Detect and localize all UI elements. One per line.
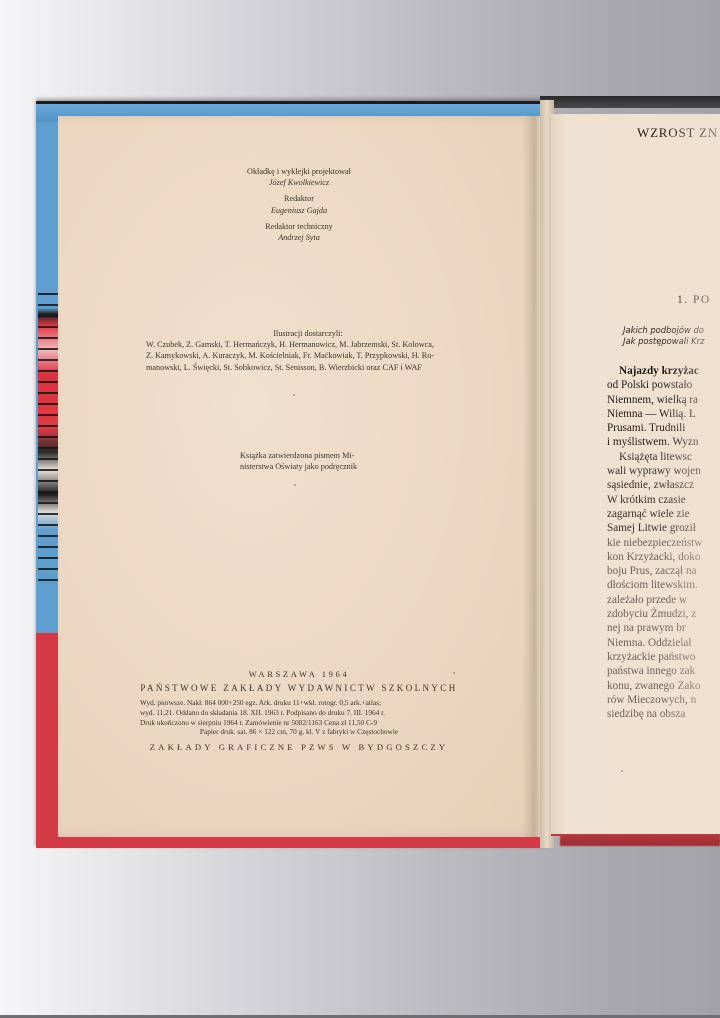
publisher-name: PAŃSTWOWE ZAKŁADY WYDAWNICTW SZKOLNYCH [58, 683, 540, 694]
paper-speck [621, 770, 623, 772]
print-detail-line: Wyd. pierwsze. Nakł. 864 000+250 egz. Ar… [140, 698, 458, 708]
text-line: zdobyciu Żmudzi, z [607, 607, 720, 621]
section-questions: Jakich podbojów do Jak postępowali Krz [623, 325, 704, 347]
text-line: nej na prawym br [607, 621, 720, 635]
imprint-page: Okładkę i wyklejki projektował Józef Kwo… [58, 116, 540, 837]
text-line: Samej Litwie groził [607, 521, 720, 535]
printer-name: ZAKŁADY GRAFICZNE PZWS W BYDGOSZCZY [58, 742, 540, 753]
cover-designer-name: Józef Kwolkiewicz [58, 177, 540, 188]
text-line: siedzibę na obsza [607, 707, 720, 721]
text-line: państwa innego zak [607, 664, 720, 678]
text-line: i myślistwem. Wyzn [607, 435, 720, 449]
text-line: Niemna. Oddzielał [607, 636, 720, 650]
print-detail-line: Papier druk. sat. 86 × 122 cm, 70 g, kl.… [140, 727, 458, 737]
text-line: kon Krzyżacki, doko [607, 550, 720, 564]
page-red-edge [560, 832, 720, 846]
spine-top-shadow [540, 96, 720, 108]
approval-line: nisterstwa Oświaty jako podręcznik [240, 461, 378, 472]
question-line: Jak postępowali Krz [623, 336, 704, 347]
text-page: WZROST ZN 1. PO Jakich podbojów do Jak p… [551, 114, 720, 834]
publisher-imprint: WARSZAWA 1964 PAŃSTWOWE ZAKŁADY WYDAWNIC… [58, 669, 540, 753]
text-line: Prusami. Trudnili [607, 421, 720, 435]
text-line: Niemna — Wilią. L [607, 407, 720, 421]
text-line: konu, zwanego Zako [607, 679, 720, 693]
print-detail-line: wyd. 11,21. Oddano do składania 18. XII.… [140, 708, 458, 718]
question-line: Jakich podbojów do [623, 325, 704, 336]
paper-speck [294, 484, 296, 486]
cover-illustration-strip [38, 284, 58, 584]
illustrators-line: Z. Kamykowski, A. Kuraczyk, M. Kościelni… [146, 350, 470, 361]
text-line: W krótkim czasie [607, 493, 720, 507]
paragraph-lead: Najazdy krzyżac [619, 365, 699, 377]
illustrators-line: W. Czubek, Z. Gamski, T. Hermańczyk, H. … [146, 339, 470, 350]
text-line: zależało przede w [607, 593, 720, 607]
text-line: rów Mieczowych, n [607, 693, 720, 707]
cover-design-label: Okładkę i wyklejki projektował [58, 166, 540, 177]
paper-speck [453, 672, 455, 674]
illustration-credits: Ilustracji dostarczyli: W. Czubek, Z. Ga… [146, 328, 470, 373]
editor-label: Redaktor [58, 193, 540, 204]
illustrators-line: manowski, L. Święcki, St. Sobkowicz, St.… [146, 362, 470, 373]
credits-block: Okładkę i wyklejki projektował Józef Kwo… [58, 166, 540, 243]
editor-name: Eugeniusz Gajda [58, 205, 540, 216]
text-line: kie niebezpieczeństw [607, 536, 720, 550]
paper-speck [293, 394, 295, 396]
print-details: Wyd. pierwsze. Nakł. 864 000+250 egz. Ar… [140, 698, 458, 736]
text-line: zagarnąć wiele zie [607, 507, 720, 521]
city-year: WARSZAWA 1964 [58, 669, 540, 680]
illustrations-label: Ilustracji dostarczyli: [146, 328, 470, 339]
text-line: dłościom litewskim. [607, 578, 720, 592]
text-line: sąsiednie, zwłaszcz [607, 478, 720, 492]
body-text: Najazdy krzyżac od Polski powstało Niemn… [607, 364, 720, 721]
text-line: krzyżackie państwo [607, 650, 720, 664]
technical-editor-name: Andrzej Syta [58, 232, 540, 243]
print-detail-line: Druk ukończono w sierpniu 1964 r. Zamówi… [140, 718, 458, 728]
approval-line: Książka zatwierdzona pismem Mi- [240, 450, 378, 461]
chapter-title: WZROST ZN [637, 125, 718, 141]
text-line: Książęta litewsc [607, 450, 720, 464]
text-line: wali wyprawy wojen [607, 464, 720, 478]
ministry-approval: Książka zatwierdzona pismem Mi- nisterst… [240, 450, 378, 472]
technical-editor-label: Redaktor techniczny [58, 221, 540, 232]
text-line: od Polski powstało [607, 378, 720, 392]
text-line: Niemnem, wielką ra [607, 393, 720, 407]
section-title: 1. PO [677, 294, 711, 306]
text-line: boju Prus, zaczął na [607, 564, 720, 578]
